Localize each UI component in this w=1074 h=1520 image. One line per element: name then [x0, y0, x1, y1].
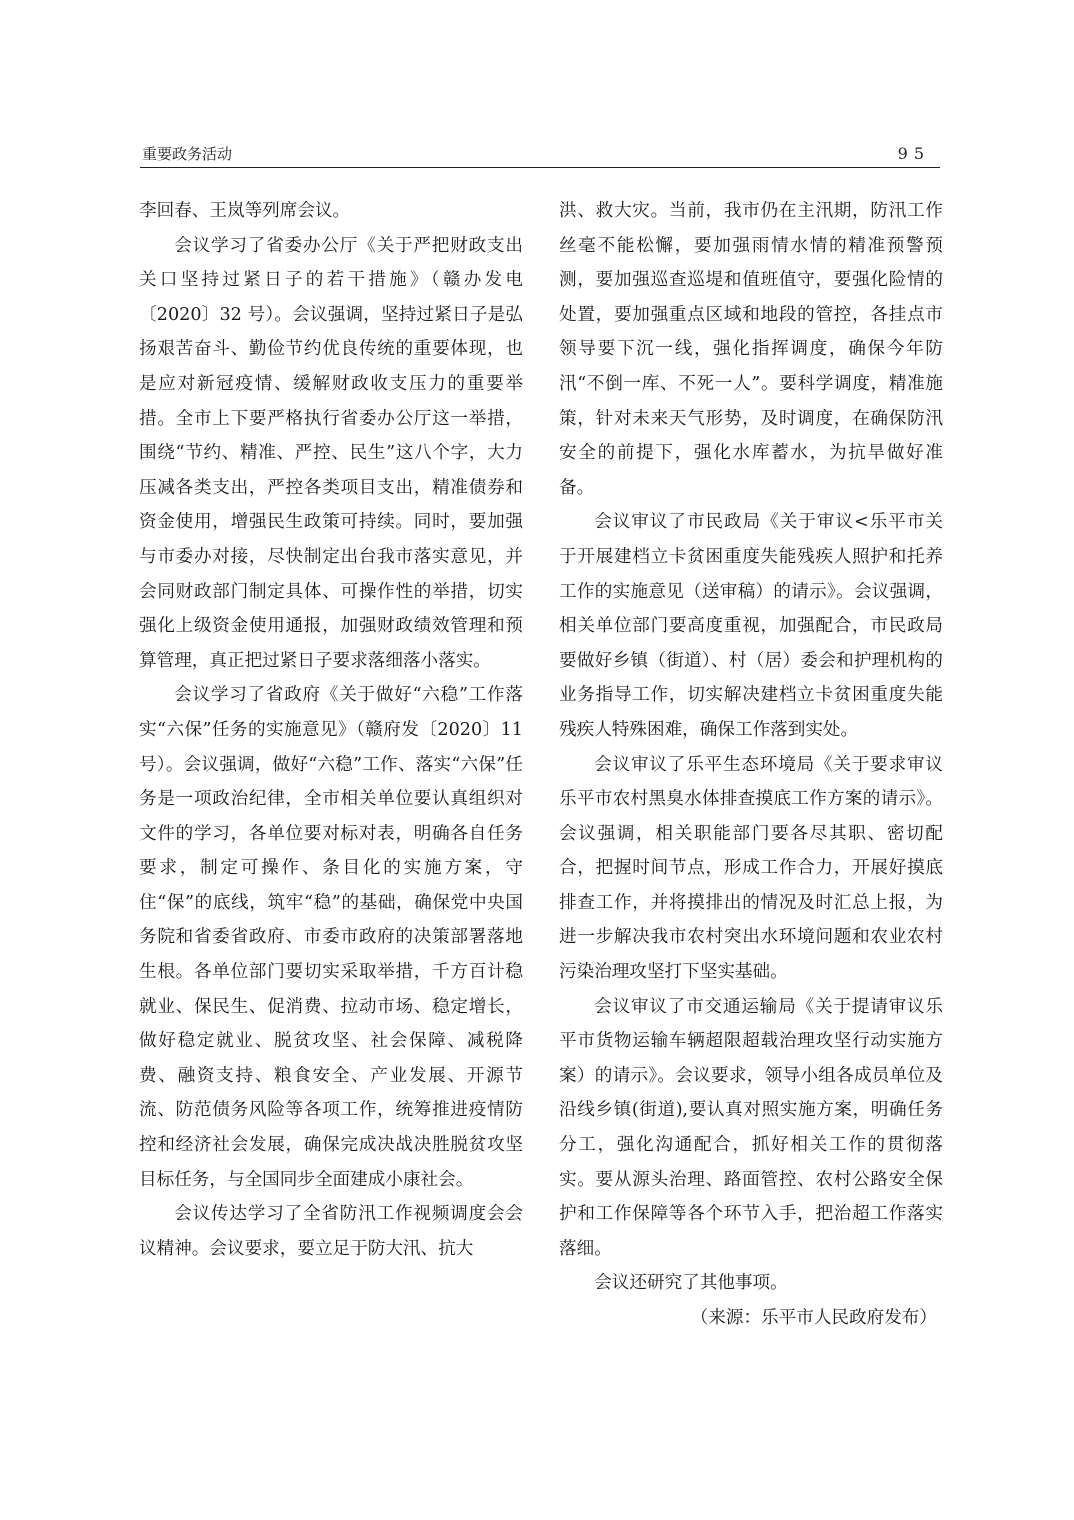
- paragraph-frugality-measures: 会议学习了省委办公厅《关于严把财政支出关口坚持过紧日子的若干措施》（赣办发电〔2…: [139, 229, 523, 679]
- page-number: 95: [898, 143, 930, 165]
- section-title: 重要政务活动: [142, 143, 232, 165]
- paragraph-transport-review: 会议审议了市交通运输局《关于提请审议乐平市货物运输车辆超限超载治理攻坚行动实施方…: [559, 990, 943, 1267]
- paragraph-flood-control-start: 会议传达学习了全省防汛工作视频调度会会议精神。会议要求，要立足于防大汛、抗大: [139, 1197, 523, 1266]
- paragraph-ecology-review: 会议审议了乐平生态环境局《关于要求审议乐平市农村黑臭水体排查摸底工作方案的请示》…: [559, 748, 943, 990]
- running-header: 重要政务活动 95: [140, 143, 940, 168]
- paragraph-other-matters: 会议还研究了其他事项。: [559, 1266, 943, 1301]
- left-column: 李回春、王岚等列席会议。 会议学习了省委办公厅《关于严把财政支出关口坚持过紧日子…: [139, 194, 523, 1266]
- paragraph-six-stabilities: 会议学习了省政府《关于做好“六稳”工作落实“六保”任务的实施意见》（赣府发〔20…: [139, 678, 523, 1197]
- paragraph-attendees-continued: 李回春、王岚等列席会议。: [139, 194, 523, 229]
- paragraph-flood-control-continued: 洪、救大灾。当前，我市仍在主汛期，防汛工作丝毫不能松懈，要加强雨情水情的精准预警…: [559, 194, 943, 505]
- right-column: 洪、救大灾。当前，我市仍在主汛期，防汛工作丝毫不能松懈，要加强雨情水情的精准预警…: [559, 194, 943, 1336]
- paragraph-civil-affairs-review: 会议审议了市民政局《关于审议<乐平市关于开展建档立卡贫困重度失能残疾人照护和托养…: [559, 505, 943, 747]
- source-attribution: （来源：乐平市人民政府发布）: [559, 1301, 943, 1336]
